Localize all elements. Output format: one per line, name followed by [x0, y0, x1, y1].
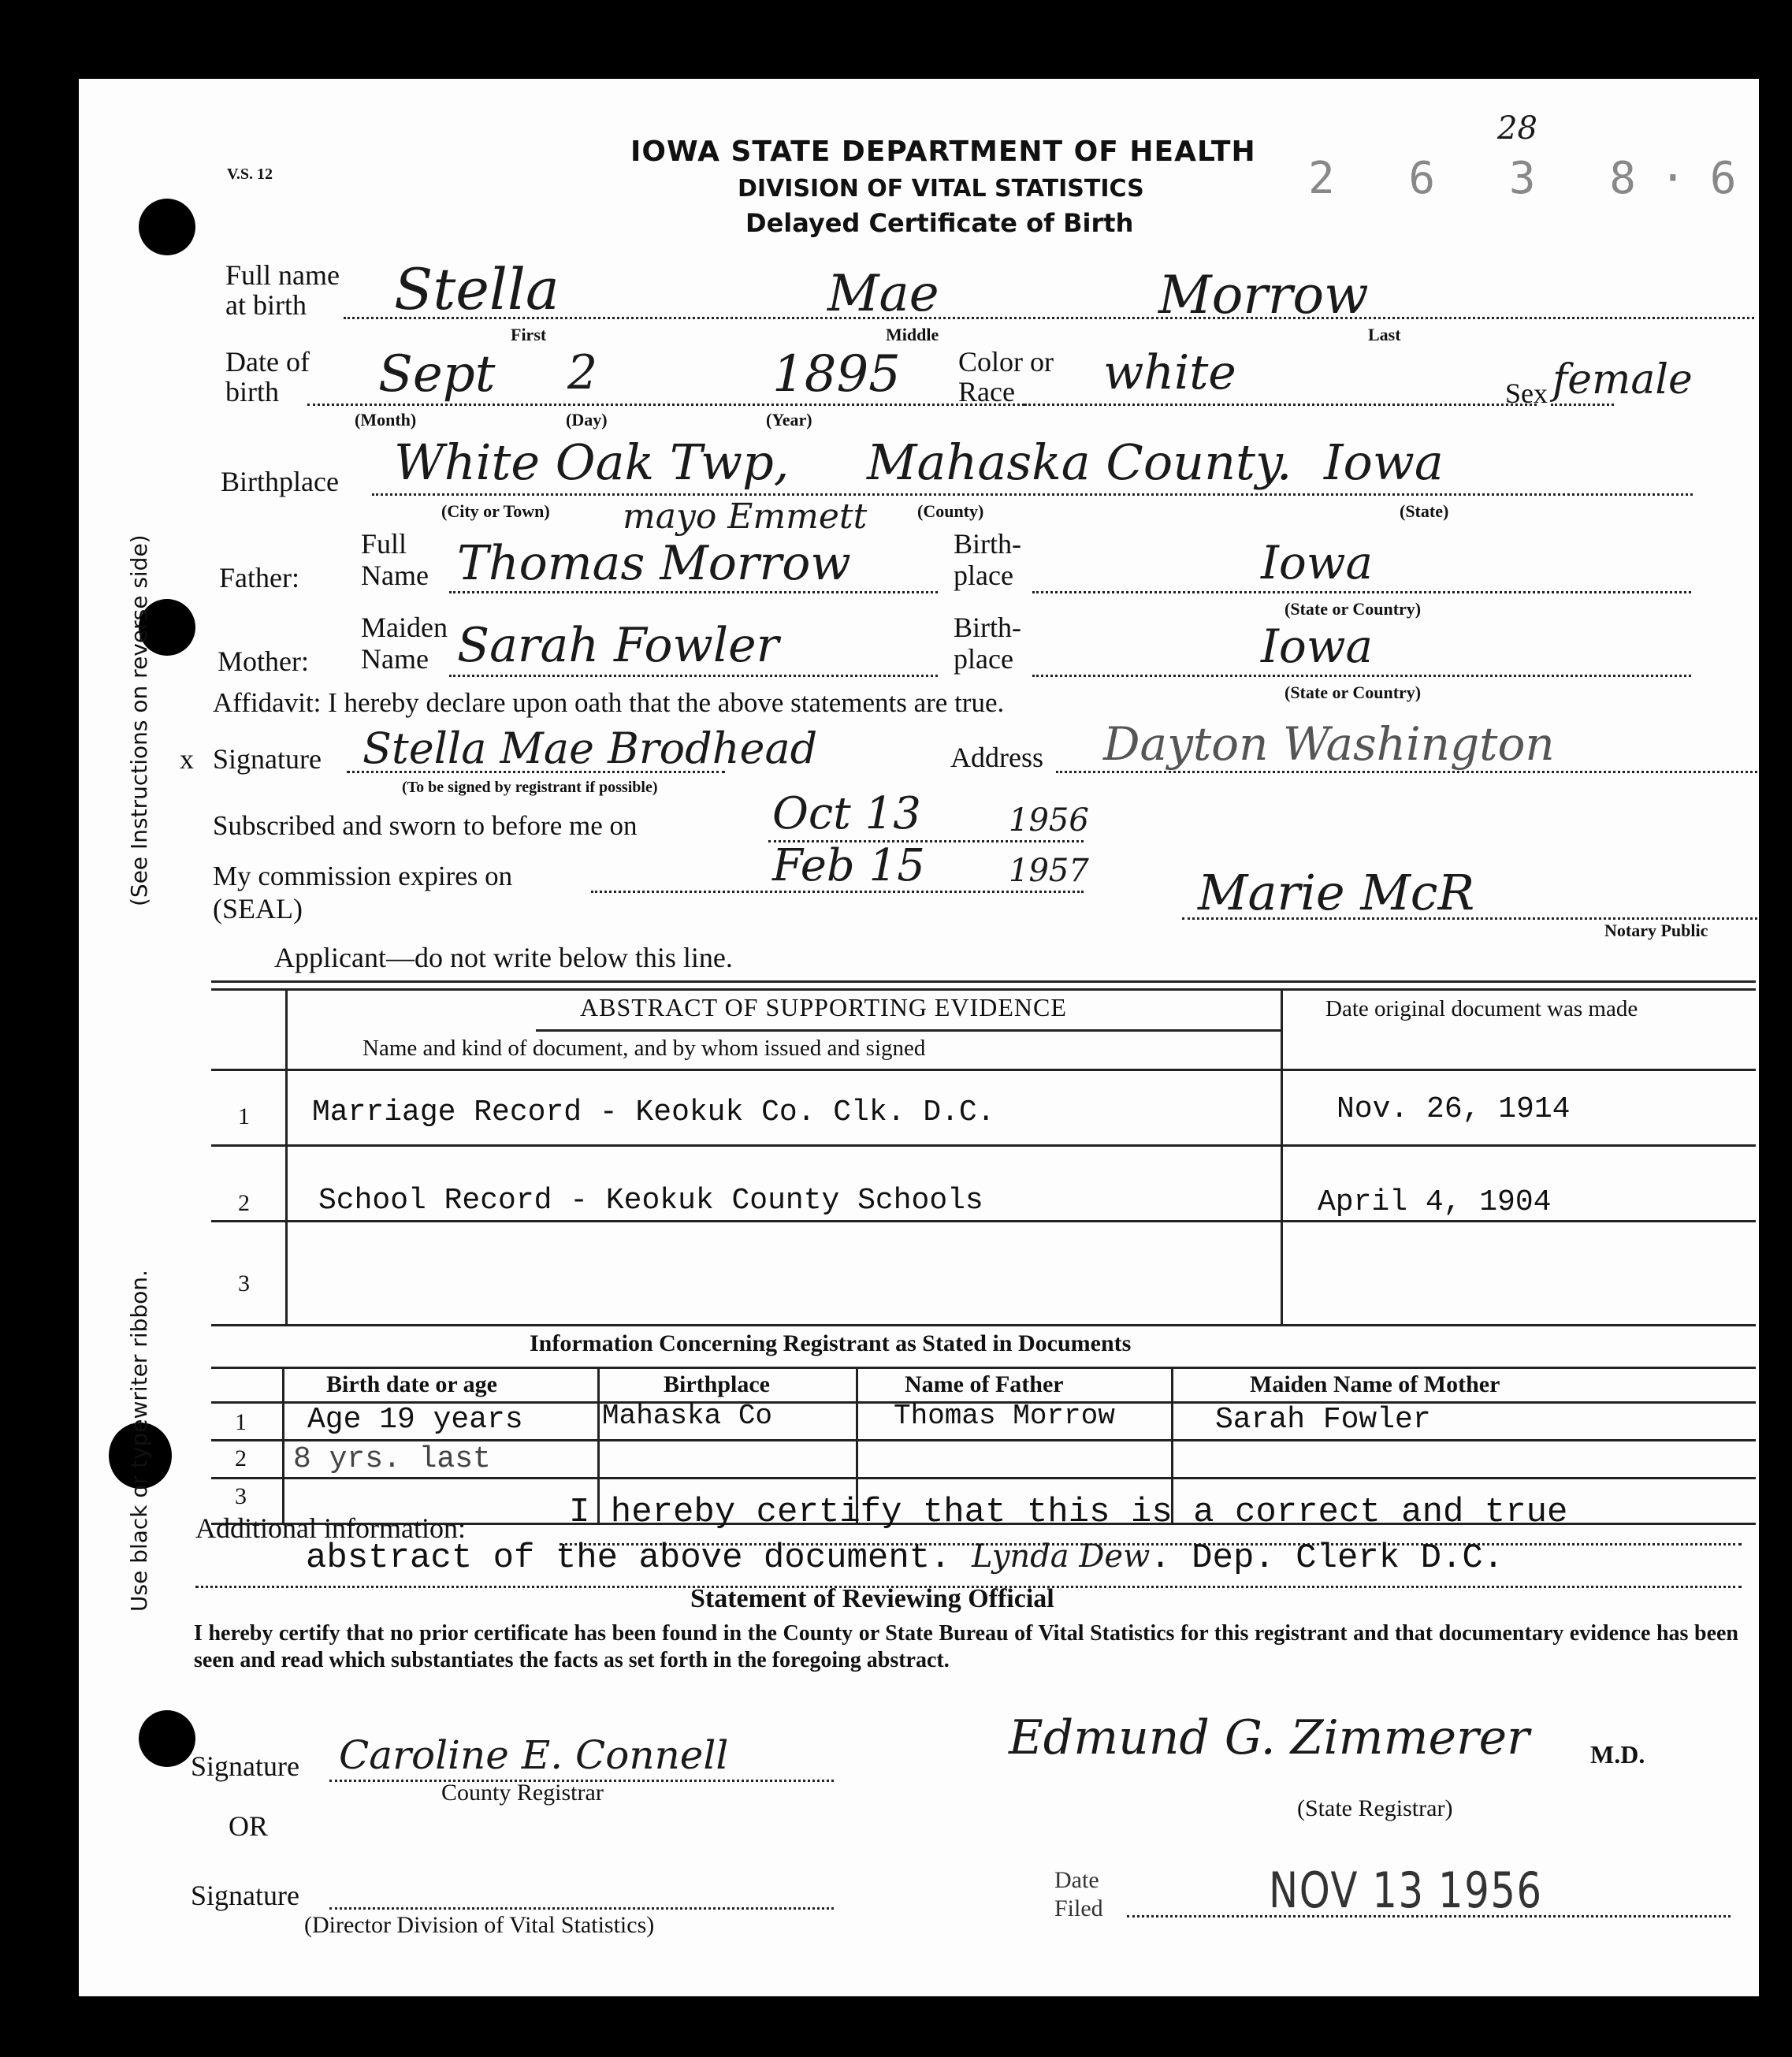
- sworn-year-value[interactable]: 1956: [1009, 802, 1089, 839]
- mother-birthplace-line: [1032, 675, 1691, 677]
- father-label: Father:: [219, 561, 299, 594]
- state-registrar-caption: (State Registrar): [1297, 1795, 1452, 1822]
- birthplace-town-value[interactable]: White Oak Twp,: [394, 433, 789, 491]
- registrant-info-top: [211, 1367, 1756, 1369]
- year-caption: (Year): [766, 410, 812, 430]
- abstract-row-2-date[interactable]: April 4, 1904: [1318, 1185, 1551, 1219]
- division-title: DIVISION OF VITAL STATISTICS: [738, 175, 1144, 203]
- abstract-row-1-num: 1: [238, 1103, 250, 1130]
- county-signature-value[interactable]: Caroline E. Connell: [339, 1732, 728, 1778]
- day-caption: (Day): [566, 410, 608, 430]
- notary-signature-value[interactable]: Marie McR: [1198, 864, 1474, 921]
- abstract-row-2-document[interactable]: School Record - Keokuk County Schools: [318, 1184, 983, 1218]
- mother-label: Mother:: [217, 645, 309, 678]
- mother-birthplace-value[interactable]: Iowa: [1261, 619, 1373, 673]
- info-col-age: Birth date or age: [326, 1371, 497, 1398]
- middle-caption: Middle: [886, 325, 939, 345]
- info-col-divider-1: [282, 1368, 284, 1523]
- father-name-value[interactable]: Thomas Morrow: [457, 536, 851, 591]
- state-caption: (State): [1400, 501, 1448, 522]
- abstract-col-divider-2: [1281, 990, 1283, 1326]
- info-col-father: Name of Father: [905, 1371, 1064, 1398]
- race-value[interactable]: white: [1103, 345, 1236, 400]
- sex-value[interactable]: female: [1552, 356, 1693, 404]
- sex-line: [1551, 404, 1614, 406]
- registrant-signature-label: Signature: [213, 742, 322, 776]
- mother-name-label: MaidenName: [361, 612, 448, 675]
- state-registrar-signature[interactable]: Edmund G. Zimmerer: [1009, 1710, 1530, 1765]
- first-name-value[interactable]: Stella: [394, 256, 560, 322]
- punch-hole-top: [139, 199, 195, 255]
- applicant-notice: Applicant—do not write below this line.: [274, 941, 733, 974]
- handwritten-number: 28: [1497, 110, 1537, 147]
- birth-year-value[interactable]: 1895: [772, 345, 901, 404]
- department-title: IOWA STATE DEPARTMENT OF HEALTH: [630, 136, 1256, 168]
- info-row-2-line: [211, 1477, 1756, 1479]
- father-birthplace-caption: (State or Country): [1285, 599, 1421, 619]
- ink-note: Use black or typewriter ribbon.: [126, 1270, 152, 1612]
- info-row-1-num: 1: [235, 1409, 247, 1436]
- abstract-title: ABSTRACT OF SUPPORTING EVIDENCE: [580, 993, 1067, 1022]
- affidavit-statement: Affidavit: I hereby declare upon oath th…: [213, 687, 1004, 719]
- birthplace-label: Birthplace: [221, 465, 339, 498]
- notary-caption: Notary Public: [1604, 921, 1708, 941]
- commission-year-value[interactable]: 1957: [1009, 853, 1089, 889]
- race-line: [1024, 404, 1537, 406]
- town-caption: (City or Town): [441, 501, 550, 522]
- instructions-note: (See Instructions on reverse side): [126, 534, 152, 906]
- info-row-1-father[interactable]: Thomas Morrow: [894, 1400, 1115, 1432]
- race-label: Color orRace: [958, 347, 1054, 407]
- certificate-title: Delayed Certificate of Birth: [745, 208, 1133, 238]
- father-birthplace-line: [1032, 591, 1691, 593]
- abstract-row-3-num: 3: [238, 1270, 250, 1297]
- full-name-label: Full nameat birth: [225, 260, 340, 320]
- date-filed-label: DateFiled: [1054, 1866, 1103, 1923]
- seal-label: (SEAL): [213, 892, 303, 925]
- info-row-2-age[interactable]: 8 yrs. last: [293, 1442, 491, 1476]
- certificate-number: 2 6 3 8·6 6: [1308, 153, 1792, 204]
- commission-date-value[interactable]: Feb 15: [772, 840, 925, 891]
- county-registrar-caption: County Registrar: [441, 1780, 604, 1806]
- first-caption: First: [511, 325, 546, 345]
- sworn-date-value[interactable]: Oct 13: [772, 788, 921, 839]
- county-signature-label: Signature: [191, 1750, 299, 1783]
- info-row-2-num: 2: [235, 1445, 247, 1472]
- birth-date-label: Date ofbirth: [225, 347, 310, 407]
- reviewing-official-statement: I hereby certify that no prior certifica…: [194, 1620, 1738, 1674]
- sex-label: Sex: [1505, 377, 1548, 410]
- registrant-info-title: Information Concerning Registrant as Sta…: [530, 1330, 1131, 1357]
- last-caption: Last: [1368, 325, 1401, 345]
- abstract-title-underline: [536, 1029, 1281, 1032]
- address-label: Address: [950, 741, 1043, 774]
- last-name-value[interactable]: Morrow: [1158, 265, 1369, 325]
- additional-info-line1[interactable]: I hereby certify that this is a correct …: [569, 1493, 1567, 1532]
- clerk-signature: Lynda Dew: [972, 1538, 1150, 1575]
- certificate-page: (See Instructions on reverse side) Use b…: [79, 79, 1759, 1996]
- info-row-1-mother[interactable]: Sarah Fowler: [1215, 1403, 1431, 1437]
- abstract-col-document: Name and kind of document, and by whom i…: [362, 1036, 925, 1062]
- abstract-header-bottom: [211, 1069, 1756, 1071]
- birth-day-value[interactable]: 2: [567, 345, 597, 400]
- birth-month-value[interactable]: Sept: [378, 345, 495, 404]
- divider-top: [211, 980, 1756, 983]
- director-signature-label: Signature: [191, 1879, 299, 1912]
- info-row-1-age[interactable]: Age 19 years: [307, 1403, 523, 1437]
- abstract-row-2-num: 2: [238, 1190, 250, 1217]
- director-caption: (Director Division of Vital Statistics): [304, 1912, 654, 1939]
- additional-info-line2[interactable]: abstract of the above document. Lynda De…: [306, 1538, 1504, 1578]
- father-name-label: FullName: [361, 528, 429, 591]
- info-col-mother: Maiden Name of Mother: [1250, 1371, 1500, 1398]
- sworn-label: Subscribed and sworn to before me on: [213, 810, 637, 842]
- reviewing-official-title: Statement of Reviewing Official: [690, 1584, 1054, 1614]
- abstract-col-divider-1: [285, 990, 288, 1326]
- or-label: OR: [229, 1810, 268, 1843]
- abstract-row-1-date[interactable]: Nov. 26, 1914: [1337, 1092, 1570, 1126]
- md-label: M.D.: [1590, 1740, 1645, 1769]
- middle-name-value[interactable]: Mae: [827, 265, 939, 323]
- divider-top-2: [211, 988, 1756, 991]
- info-col-birthplace: Birthplace: [664, 1371, 770, 1398]
- mother-birthplace-label: Birth-place: [954, 612, 1021, 675]
- info-row-1-birthplace[interactable]: Mahaska Co: [602, 1400, 772, 1432]
- birthplace-state-value[interactable]: Iowa: [1324, 433, 1444, 491]
- registrant-signature-value[interactable]: Stella Mae Brodhead: [362, 723, 817, 773]
- abstract-row-1-document[interactable]: Marriage Record - Keokuk Co. Clk. D.C.: [312, 1095, 995, 1129]
- director-signature-line: [329, 1907, 834, 1910]
- signature-caption: (To be signed by registrant if possible): [402, 779, 657, 797]
- birthplace-annotation: mayo Emmett: [623, 497, 867, 537]
- signature-mark: x: [180, 742, 194, 776]
- info-row-1-line: [211, 1439, 1756, 1441]
- form-code: V.S. 12: [227, 166, 273, 184]
- birth-date-line: [307, 404, 1024, 406]
- father-name-line: [449, 591, 938, 593]
- abstract-row-2-line: [211, 1220, 1756, 1222]
- mother-birthplace-caption: (State or Country): [1285, 683, 1421, 703]
- mother-name-line: [449, 675, 938, 677]
- father-birthplace-value[interactable]: Iowa: [1261, 536, 1373, 590]
- mother-name-value[interactable]: Sarah Fowler: [457, 618, 779, 673]
- commission-label: My commission expires on: [213, 861, 512, 892]
- address-line: [1056, 771, 1757, 773]
- month-caption: (Month): [355, 410, 416, 430]
- date-filed-stamp: NOV 13 1956: [1269, 1862, 1543, 1919]
- info-row-3-num: 3: [235, 1483, 247, 1510]
- abstract-bottom: [211, 1324, 1756, 1326]
- county-caption: (County): [917, 501, 983, 522]
- birthplace-county-value[interactable]: Mahaska County.: [867, 433, 1292, 491]
- abstract-col-date: Date original document was made: [1325, 996, 1641, 1021]
- birthplace-line: [372, 493, 1693, 496]
- abstract-row-1-line: [211, 1144, 1756, 1147]
- father-birthplace-label: Birth-place: [954, 528, 1021, 591]
- address-value[interactable]: Dayton Washington: [1103, 717, 1555, 771]
- punch-hole-bottom: [139, 1710, 195, 1767]
